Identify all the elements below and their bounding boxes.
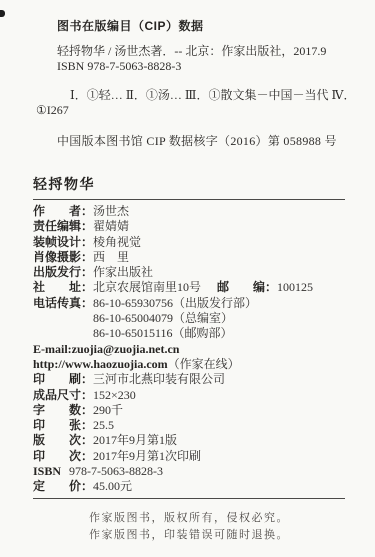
wordcount-label: 字 数：	[33, 403, 93, 418]
impression-value: 2017年9月第1次印刷	[93, 449, 201, 464]
photo-value: 西 里	[93, 250, 129, 265]
cip-title-line: 轻捋物华 / 汤世杰著．-- 北京：作家出版社，2017.9	[57, 44, 375, 60]
detail-row-phone-2: 86-10-65004079（总编室）	[33, 311, 375, 326]
sheets-label: 印 张：	[33, 418, 93, 433]
price-value: 45.00元	[93, 479, 132, 494]
cip-record-line: 中国版本图书馆 CIP 数据核字（2016）第 058988 号	[57, 134, 375, 150]
detail-row-impression: 印 次： 2017年9月第1次印刷	[33, 449, 375, 464]
detail-row-phone: 电话传真： 86-10-65930756（出版发行部）	[33, 296, 375, 311]
author-label: 作 者：	[33, 204, 93, 219]
cip-header: 图书在版编目（CIP）数据	[57, 19, 375, 35]
detail-row-size: 成品尺寸： 152×230	[33, 388, 375, 403]
edition-label: 版 次：	[33, 433, 93, 448]
detail-row-phone-3: 86-10-65015116（邮购部）	[33, 326, 375, 341]
colophon-details: 作 者： 汤世杰 责任编辑： 翟婧婧 装帧设计： 棱角视觉 肖像摄影： 西 里 …	[33, 204, 375, 495]
detail-row-isbn: ISBN 978-7-5063-8828-3	[33, 464, 375, 479]
detail-row-sheets: 印 张： 25.5	[33, 418, 375, 433]
price-label: 定 价：	[33, 479, 93, 494]
detail-row-author: 作 者： 汤世杰	[33, 204, 375, 219]
title-divider	[33, 199, 345, 200]
detail-row-price: 定 价： 45.00元	[33, 479, 375, 494]
phone-label: 电话传真：	[33, 296, 93, 311]
design-label: 装帧设计：	[33, 235, 93, 250]
detail-row-editor: 责任编辑： 翟婧婧	[33, 219, 375, 234]
book-copyright-page: 图书在版编目（CIP）数据 轻捋物华 / 汤世杰著．-- 北京：作家出版社，20…	[0, 0, 375, 557]
phone-value-2: 86-10-65004079（总编室）	[93, 311, 233, 326]
postcode-label: 邮 编：	[217, 280, 277, 295]
phone-value: 86-10-65930756（出版发行部）	[93, 296, 257, 311]
author-value: 汤世杰	[93, 204, 129, 219]
editor-value: 翟婧婧	[93, 219, 129, 234]
notice-line-2: 作家版图书，印装错误可随时退换。	[33, 527, 345, 545]
copyright-notices: 作家版图书，版权所有，侵权必究。 作家版图书，印装错误可随时退换。	[33, 510, 345, 545]
design-value: 棱角视觉	[93, 235, 141, 250]
size-label: 成品尺寸：	[33, 388, 93, 403]
email-text: E-mail:zuojia@zuojia.net.cn	[33, 342, 179, 357]
isbn-label: ISBN	[33, 464, 61, 479]
detail-row-website: http://www.haozuojia.com （作家在线）	[33, 357, 375, 372]
publisher-label: 出版发行：	[33, 265, 93, 280]
scan-smudge	[0, 10, 5, 17]
publisher-value: 作家出版社	[93, 265, 153, 280]
detail-row-photo: 肖像摄影： 西 里	[33, 250, 375, 265]
address-value: 北京农展馆南里10号	[93, 280, 201, 295]
wordcount-value: 290千	[93, 403, 123, 418]
printer-label: 印 刷：	[33, 372, 93, 387]
detail-row-publisher: 出版发行： 作家出版社	[33, 265, 375, 280]
postcode-value: 100125	[277, 280, 313, 295]
book-title: 轻捋物华	[33, 174, 375, 194]
cip-classification-line-2: ①I267	[36, 103, 375, 119]
notice-line-1: 作家版图书，版权所有，侵权必究。	[33, 510, 345, 528]
size-value: 152×230	[93, 388, 136, 403]
cip-block: 图书在版编目（CIP）数据 轻捋物华 / 汤世杰著．-- 北京：作家出版社，20…	[0, 0, 375, 149]
sheets-value: 25.5	[93, 418, 114, 433]
phone-value-3: 86-10-65015116（邮购部）	[93, 326, 233, 341]
edition-value: 2017年9月第1版	[93, 433, 177, 448]
photo-label: 肖像摄影：	[33, 250, 93, 265]
address-label: 社 址：	[33, 280, 93, 295]
detail-row-email: E-mail:zuojia@zuojia.net.cn	[33, 342, 375, 357]
detail-row-address: 社 址： 北京农展馆南里10号 邮 编： 100125	[33, 280, 375, 295]
detail-row-design: 装帧设计： 棱角视觉	[33, 235, 375, 250]
impression-label: 印 次：	[33, 449, 93, 464]
detail-row-edition: 版 次： 2017年9月第1版	[33, 433, 375, 448]
website-note: （作家在线）	[168, 357, 240, 372]
cip-classification-line-1: Ⅰ．①轻… Ⅱ．①汤… Ⅲ．①散文集－中国－当代 Ⅳ．	[70, 88, 375, 104]
bottom-divider	[33, 498, 345, 499]
website-url: http://www.haozuojia.com	[33, 357, 168, 372]
detail-row-wordcount: 字 数： 290千	[33, 403, 375, 418]
isbn-value: 978-7-5063-8828-3	[69, 464, 163, 479]
detail-row-printer: 印 刷： 三河市北燕印装有限公司	[33, 372, 375, 387]
editor-label: 责任编辑：	[33, 219, 93, 234]
cip-isbn-line: ISBN 978-7-5063-8828-3	[57, 59, 375, 75]
printer-value: 三河市北燕印装有限公司	[93, 372, 225, 387]
